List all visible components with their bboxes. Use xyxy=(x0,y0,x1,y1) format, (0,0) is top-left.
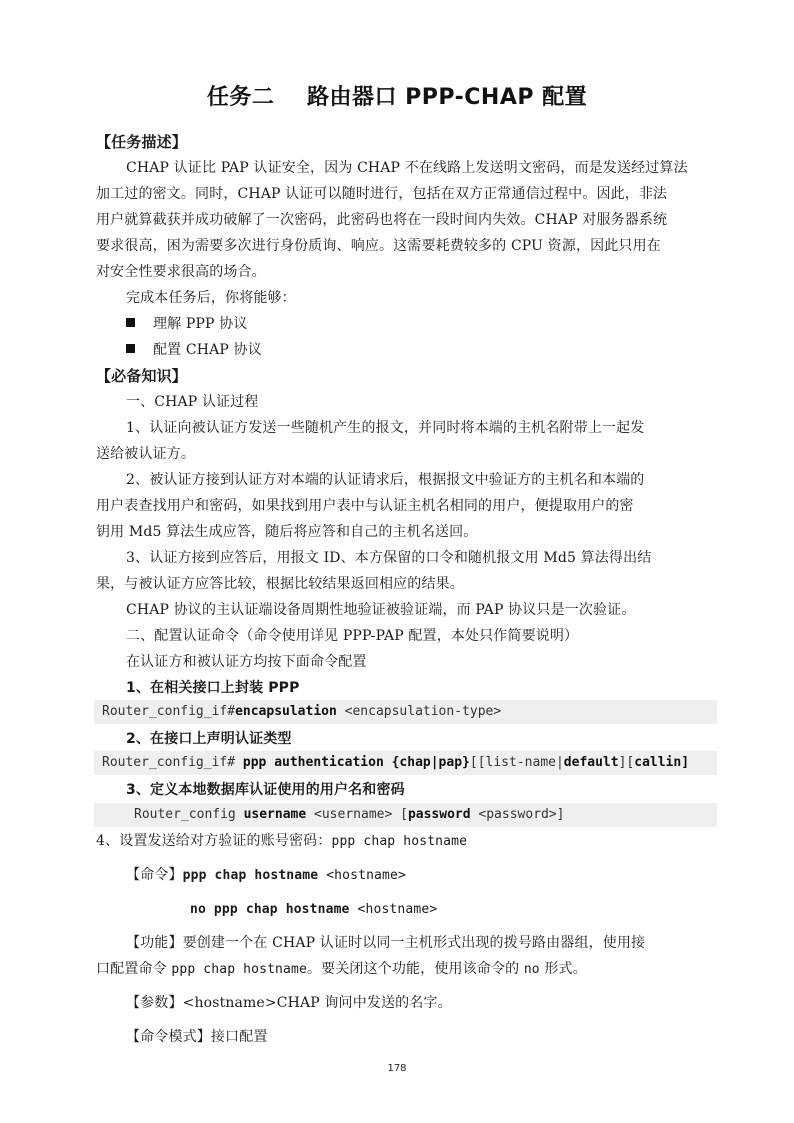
no-command-line: no ppp chap hostname <hostname> xyxy=(190,896,794,922)
bullet-square-icon xyxy=(126,318,135,327)
cmd2-heading: 2、在接口上声明认证类型 xyxy=(126,726,752,752)
mode-label: 【命令模式】 xyxy=(126,1029,211,1045)
task-paragraph-line: 要求很高，困为需要多次进行身份质询、响应。这需要耗费较多的 CPU 资源，因此只… xyxy=(96,233,722,259)
mode-text: 接口配置 xyxy=(211,1029,268,1045)
task-paragraph-line: 加工过的密文。同时，CHAP 认证可以随时进行，包括在双方正常通信过程中。因此，… xyxy=(96,181,722,207)
param-label: 【参数】 xyxy=(126,995,183,1011)
step2-line: 用户表查找用户和密码，如果找到用户表中与认证主机名相同的用户，便提取用户的密 xyxy=(96,493,722,519)
cmd4-code: ppp chap hostname xyxy=(331,834,467,849)
no-command-keyword: no ppp chap hostname xyxy=(190,902,350,917)
step3-line: 果，与被认证方应答比较，根据比较结果返回相应的结果。 xyxy=(96,571,722,597)
code-prompt: Router_config_if# xyxy=(102,704,235,719)
step3-line: 3、认证方接到应答后，用报文 ID、本方保留的口令和随机报文用 Md5 算法得出… xyxy=(126,545,722,571)
function-text: 口配置命令 xyxy=(96,961,171,977)
command-line: 【命令】ppp chap hostname <hostname> xyxy=(126,862,722,888)
part2-title: 二、配置认证命令（命令使用详见 PPP-PAP 配置，本处只作简要说明） xyxy=(126,623,722,649)
code-arg: ][ xyxy=(619,755,635,770)
mode-line: 【命令模式】接口配置 xyxy=(126,1024,722,1050)
goals-intro: 完成本任务后，你将能够： xyxy=(126,285,722,311)
param-line: 【参数】<hostname>CHAP 询问中发送的名字。 xyxy=(126,990,722,1016)
knowledge-heading: 【必备知识】 xyxy=(96,363,722,389)
function-text: 。要关闭这个功能，使用该命令的 xyxy=(307,961,524,977)
goal-item: 配置 CHAP 协议 xyxy=(126,337,752,363)
goal-text: 理解 PPP 协议 xyxy=(153,316,248,332)
goal-item: 理解 PPP 协议 xyxy=(126,311,752,337)
cmd4-prefix: 4、设置发送给对方验证的账号密码： xyxy=(96,833,331,849)
task-paragraph-line: CHAP 认证比 PAP 认证安全，因为 CHAP 不在线路上发送明文密码，而是… xyxy=(126,155,722,181)
step1-line: 1、认证向被认证方发送一些随机产生的报文，并同时将本端的主机名附带上一起发 xyxy=(126,415,722,441)
code-keyword: encapsulation xyxy=(235,704,337,719)
code-arg: <password>] xyxy=(471,807,565,822)
code-keyword: ppp authentication {chap|pap} xyxy=(243,755,470,770)
code-prompt: Router_config xyxy=(134,807,244,822)
cmd4-line: 4、设置发送给对方验证的账号密码：ppp chap hostname xyxy=(96,828,722,854)
cmd3-heading: 3、定义本地数据库认证使用的用户名和密码 xyxy=(126,777,752,803)
code-block-username: Router_config username <username> [passw… xyxy=(94,803,717,827)
function-line: 【功能】要创建一个在 CHAP 认证时以同一主机形式出现的拨号路由器组，使用接 xyxy=(126,930,722,956)
command-arg: <hostname> xyxy=(318,868,406,883)
task-paragraph-line: 对安全性要求很高的场合。 xyxy=(96,259,722,285)
code-keyword: username xyxy=(244,807,307,822)
task-paragraph-line: 用户就算截获并成功破解了一次密码，此密码也将在一段时间内失效。CHAP 对服务器… xyxy=(96,207,722,233)
function-text: 形式。 xyxy=(540,961,587,977)
function-code: no xyxy=(524,962,540,977)
chap-note: CHAP 协议的主认证端设备周期性地验证被验证端，而 PAP 协议只是一次验证。 xyxy=(126,597,722,623)
bullet-square-icon xyxy=(126,344,135,353)
param-text: <hostname>CHAP 询问中发送的名字。 xyxy=(183,995,452,1011)
step2-line: 钥用 Md5 算法生成应答，随后将应答和自己的主机名送回。 xyxy=(96,519,722,545)
code-prompt: Router_config_if# xyxy=(102,755,243,770)
document-page: 任务二 路由器口 PPP-CHAP 配置 【任务描述】 CHAP 认证比 PAP… xyxy=(0,0,794,1123)
code-arg: [[list-name| xyxy=(470,755,564,770)
function-line: 口配置命令 ppp chap hostname。要关闭这个功能，使用该命令的 n… xyxy=(96,956,722,982)
code-arg: <username> [ xyxy=(306,807,408,822)
code-block-authentication: Router_config_if# ppp authentication {ch… xyxy=(94,751,717,775)
code-keyword: password xyxy=(408,807,471,822)
task-description-heading: 【任务描述】 xyxy=(96,129,722,155)
code-arg: <encapsulation-type> xyxy=(337,704,501,719)
command-label: 【命令】 xyxy=(126,867,183,883)
part2-intro: 在认证方和被认证方均按下面命令配置 xyxy=(126,649,722,675)
command-keyword: ppp chap hostname xyxy=(183,868,319,883)
no-command-arg: <hostname> xyxy=(350,902,438,917)
part1-title: 一、CHAP 认证过程 xyxy=(126,389,722,415)
page-number: 178 xyxy=(0,1063,794,1074)
goal-text: 配置 CHAP 协议 xyxy=(153,342,262,358)
code-keyword: default xyxy=(564,755,619,770)
step1-line: 送给被认证方。 xyxy=(96,441,722,467)
code-block-encapsulation: Router_config_if#encapsulation <encapsul… xyxy=(94,700,717,724)
function-code: ppp chap hostname xyxy=(171,962,307,977)
step2-line: 2、被认证方接到认证方对本端的认证请求后，根据报文中验证方的主机名和本端的 xyxy=(126,467,722,493)
cmd1-heading: 1、在相关接口上封装 PPP xyxy=(126,675,752,701)
page-title: 任务二 路由器口 PPP-CHAP 配置 xyxy=(0,80,794,111)
code-keyword: callin] xyxy=(634,755,689,770)
